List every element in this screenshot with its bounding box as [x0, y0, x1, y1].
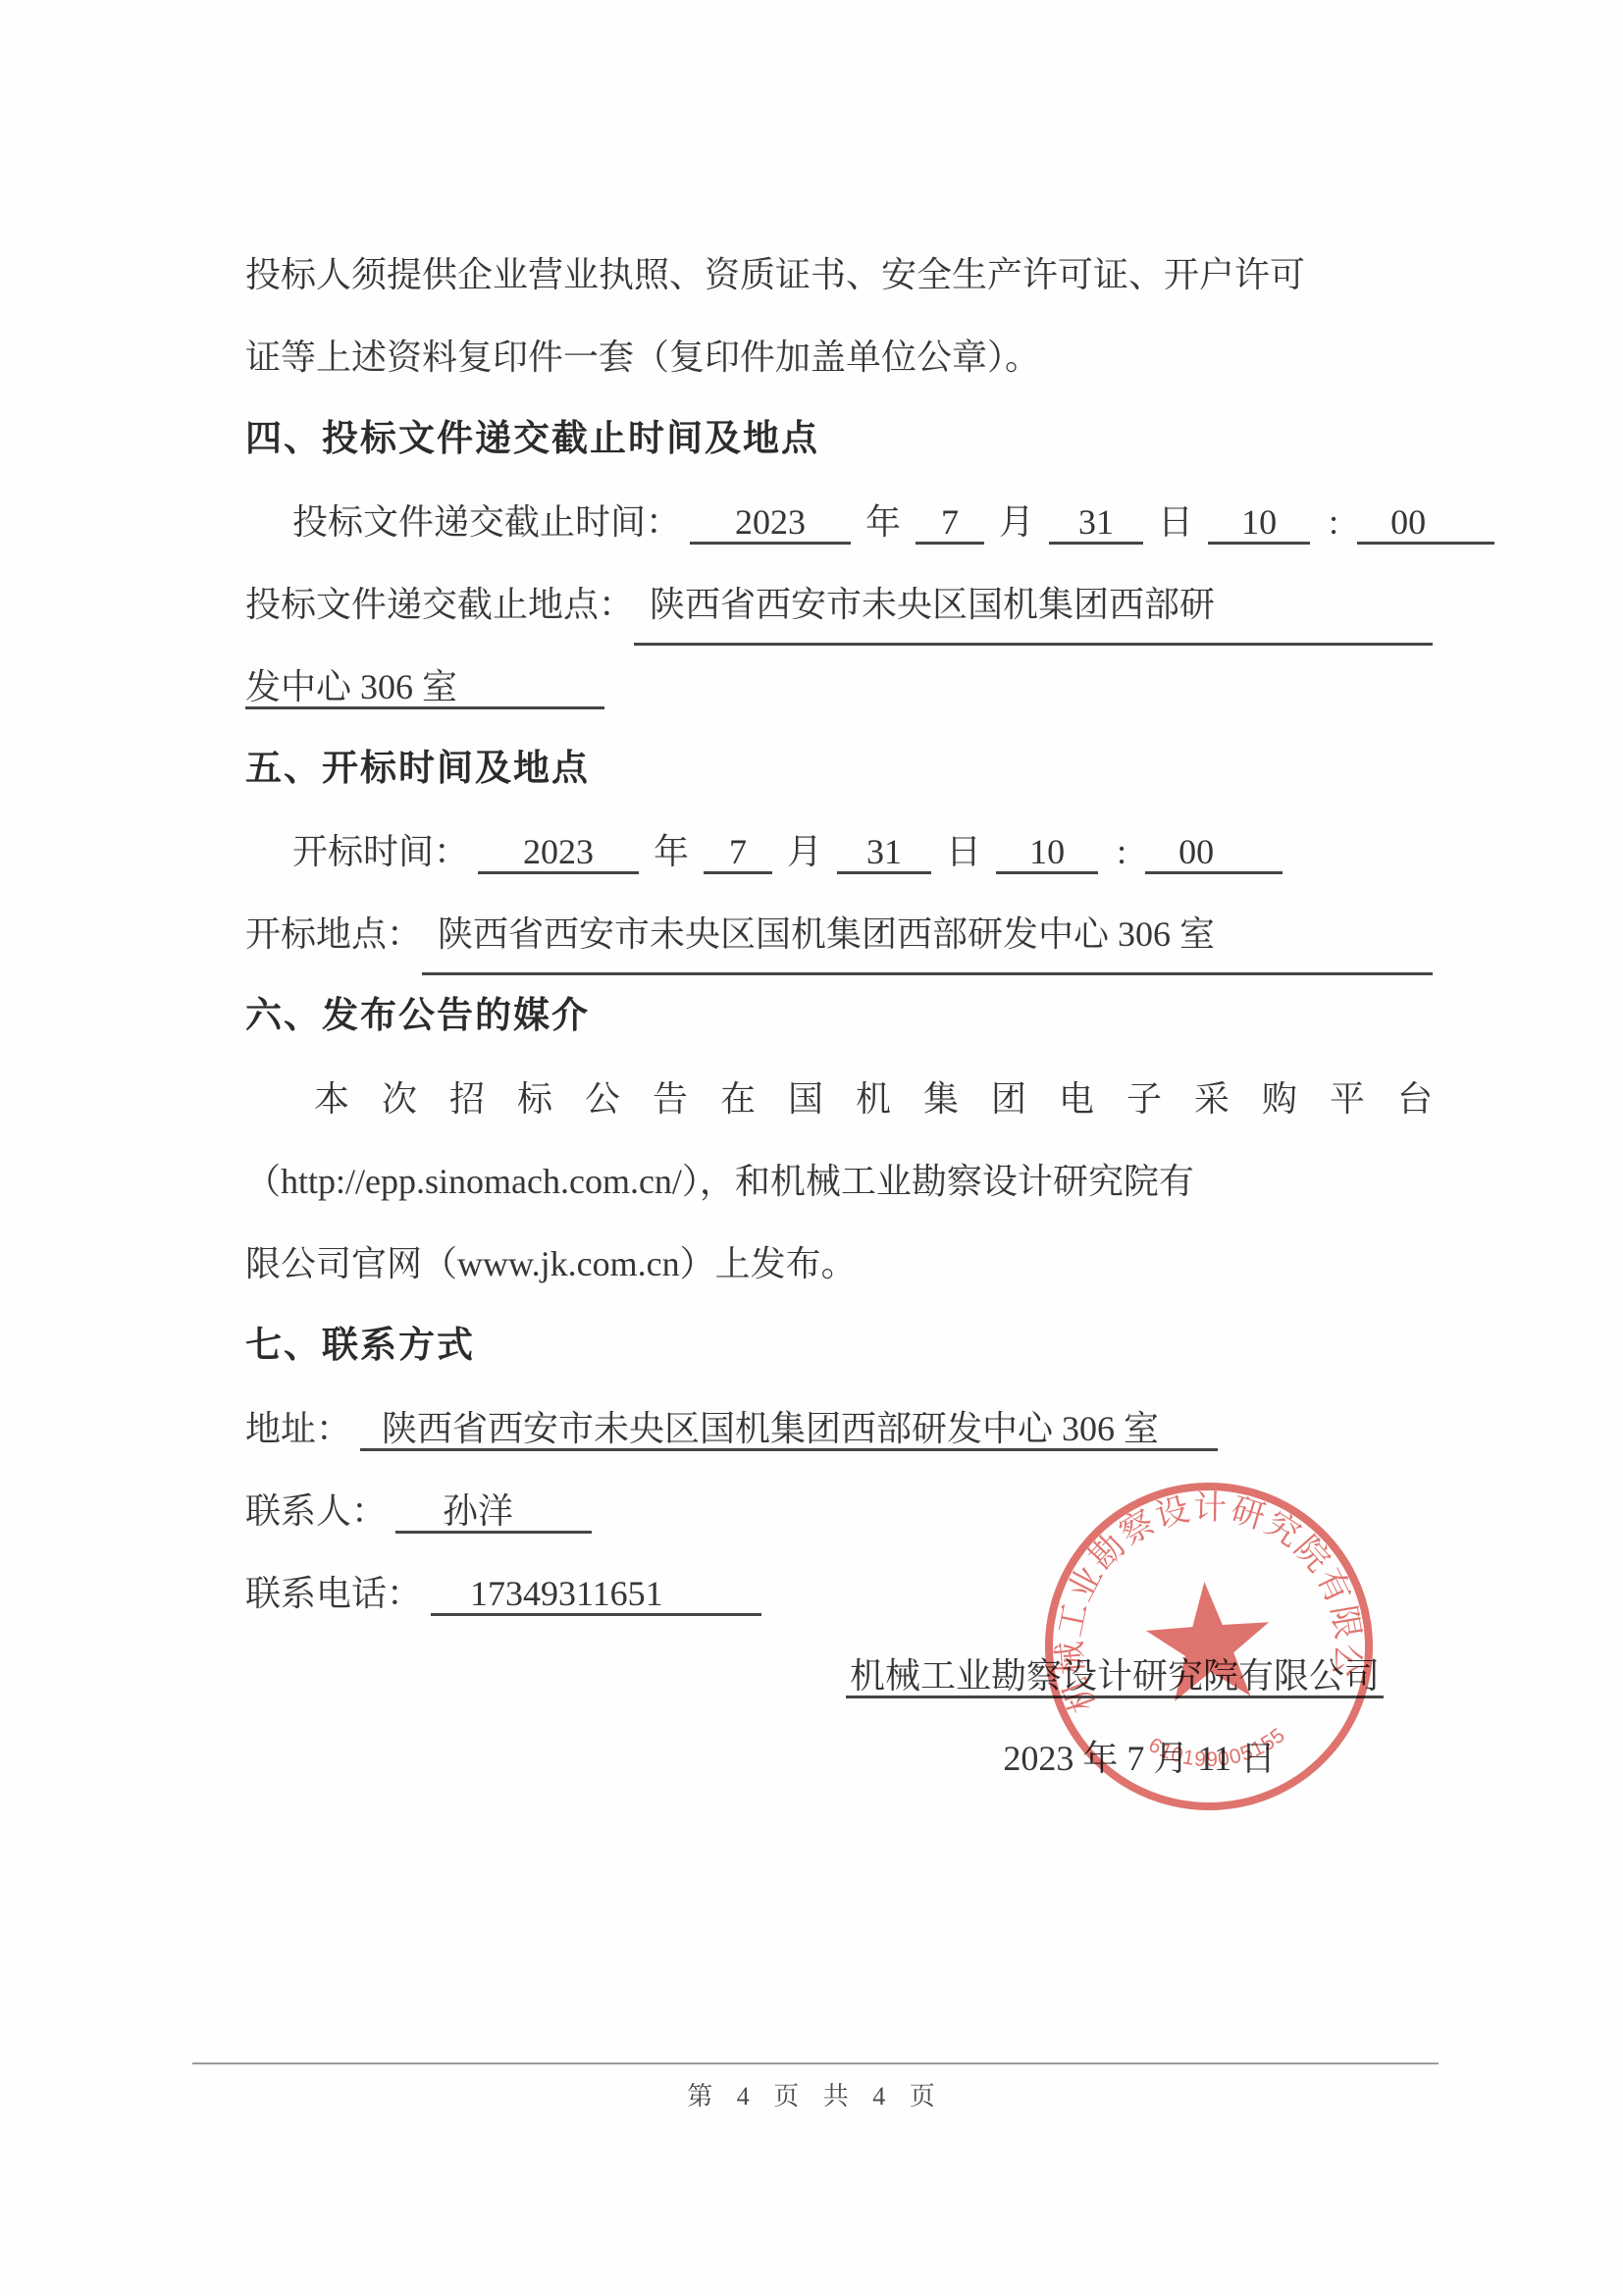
contact-person-value: 孙洋 [395, 1491, 592, 1534]
opening-place-label: 开标地点： [245, 893, 422, 975]
time-colon: : [1329, 502, 1338, 542]
page-footer: 第 4 页 共 4 页 [192, 2062, 1439, 2113]
unit-month: 月 [999, 502, 1034, 542]
deadline-place-value-line2: 发中心 306 室 [245, 667, 604, 709]
opening-month-value: 7 [704, 832, 772, 874]
deadline-place-label: 投标文件递交截止地点： [245, 563, 634, 646]
opening-minute-value: 00 [1145, 832, 1283, 874]
opening-place-value: 陕西省西安市未央区国机集团西部研发中心 306 室 [422, 893, 1433, 975]
media-paragraph-line3: 限公司官网（www.jk.com.cn）上发布。 [245, 1223, 1433, 1305]
opening-time-label: 开标时间： [292, 832, 469, 871]
section5-opening-place-line: 开标地点： 陕西省西安市未央区国机集团西部研发中心 306 室 [245, 893, 1433, 975]
contact-person-line: 联系人： 孙洋 [245, 1470, 1433, 1552]
contact-address-line: 地址： 陕西省西安市未央区国机集团西部研发中心 306 室 [245, 1387, 1433, 1470]
contact-phone-label: 联系电话： [245, 1574, 422, 1613]
address-label: 地址： [245, 1409, 351, 1448]
deadline-hour-value: 10 [1208, 502, 1310, 545]
deadline-place-value-line1: 陕西省西安市未央区国机集团西部研 [634, 563, 1433, 646]
signature-company-name: 机械工业勘察设计研究院有限公司 [846, 1656, 1384, 1698]
unit-month: 月 [787, 832, 822, 871]
document-page: 投标人须提供企业营业执照、资质证书、安全生产许可证、开户许可 证等上述资料复印件… [0, 0, 1623, 2296]
page-number-text: 第 4 页 共 4 页 [687, 2082, 944, 2111]
address-value: 陕西省西安市未央区国机集团西部研发中心 306 室 [360, 1409, 1218, 1451]
intro-paragraph-line1: 投标人须提供企业营业执照、资质证书、安全生产许可证、开户许可 [245, 234, 1433, 316]
section7-heading: 七、联系方式 [245, 1305, 1433, 1387]
section5-heading: 五、开标时间及地点 [245, 728, 1433, 810]
section6-heading: 六、发布公告的媒介 [245, 975, 1433, 1058]
deadline-day-value: 31 [1049, 502, 1143, 545]
unit-year: 年 [654, 832, 689, 871]
signature-company-line: 机械工业勘察设计研究院有限公司 [245, 1635, 1433, 1717]
contact-phone-value: 17349311651 [431, 1574, 761, 1616]
section4-deadline-place-continuation: 发中心 306 室 [245, 646, 1433, 728]
media-paragraph-line1: 本 次 招 标 公 告 在 国 机 集 团 电 子 采 购 平 台 [245, 1058, 1433, 1140]
time-colon: : [1117, 832, 1126, 871]
deadline-time-label: 投标文件递交截止时间： [292, 502, 681, 542]
opening-hour-value: 10 [996, 832, 1098, 874]
signature-date-line: 2023 年 7 月 11 日 [245, 1717, 1433, 1800]
section4-deadline-place-line: 投标文件递交截止地点： 陕西省西安市未央区国机集团西部研 [245, 563, 1433, 646]
contact-person-label: 联系人： [245, 1491, 387, 1531]
opening-day-value: 31 [837, 832, 931, 874]
unit-day: 日 [1158, 502, 1193, 542]
contact-phone-line: 联系电话： 17349311651 [245, 1552, 1433, 1635]
intro-paragraph-line2: 证等上述资料复印件一套（复印件加盖单位公章）。 [245, 316, 1433, 398]
deadline-year-value: 2023 [690, 502, 851, 545]
opening-year-value: 2023 [478, 832, 639, 874]
unit-year: 年 [865, 502, 901, 542]
section4-deadline-time-line: 投标文件递交截止时间： 2023 年 7 月 31 日 10 : 00 [245, 481, 1433, 563]
deadline-month-value: 7 [916, 502, 984, 545]
document-content: 投标人须提供企业营业执照、资质证书、安全生产许可证、开户许可 证等上述资料复印件… [245, 234, 1433, 1800]
media-paragraph-line2: （http://epp.sinomach.com.cn/），和机械工业勘察设计研… [245, 1140, 1433, 1223]
deadline-minute-value: 00 [1357, 502, 1494, 545]
section4-heading: 四、投标文件递交截止时间及地点 [245, 398, 1433, 481]
section5-opening-time-line: 开标时间： 2023 年 7 月 31 日 10 : 00 [245, 810, 1433, 893]
unit-day: 日 [946, 832, 981, 871]
